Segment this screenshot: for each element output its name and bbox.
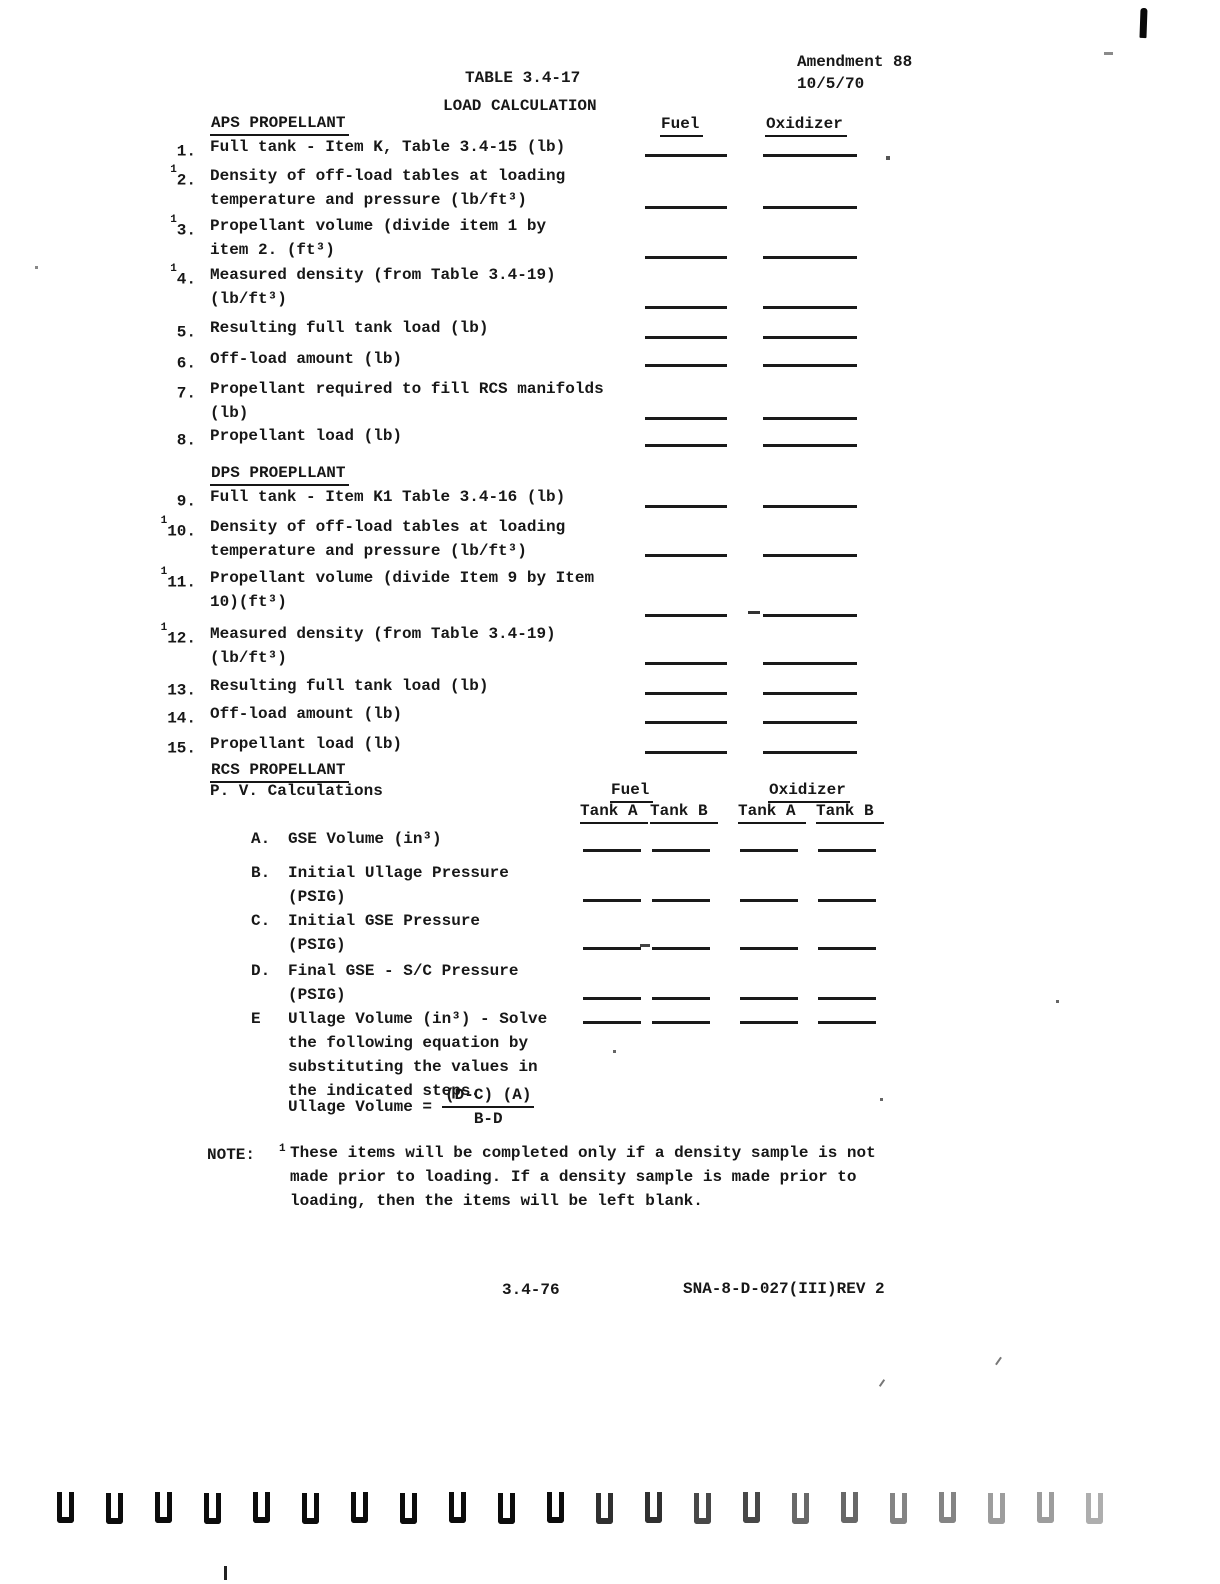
item-number: 1. — [118, 135, 196, 163]
item-label: Propellant required to fill RCS manifold… — [210, 377, 646, 425]
speck — [886, 156, 890, 160]
sprocket-mark — [1086, 1493, 1103, 1524]
fuel-blank-line — [645, 692, 727, 695]
sprocket-mark — [57, 1492, 74, 1523]
form-row-13: 13. Resulting full tank load (lb) — [0, 674, 1220, 675]
fuel-blank-line — [645, 206, 727, 209]
speck — [880, 1098, 883, 1101]
oxidizer-blank-line — [763, 751, 857, 754]
speck — [640, 944, 650, 947]
sprocket-mark — [351, 1492, 368, 1523]
column-header-fuel-text: Fuel — [660, 114, 703, 137]
item-label: Resulting full tank load (lb) — [210, 674, 646, 698]
form-row-5: 5. Resulting full tank load (lb) — [0, 316, 1220, 317]
item-label: Propellant volume (divide item 1 by item… — [210, 214, 646, 262]
rcs-item-label: Final GSE - S/C Pressure (PSIG) — [288, 959, 594, 1007]
oxidizer-blank-line — [763, 721, 857, 724]
rcs-row-d: D. Final GSE - S/C Pressure (PSIG) — [0, 959, 1220, 960]
rcs-heading: RCS PROPELLANT — [210, 760, 349, 783]
rcs-col-oxidizer: Oxidizer — [768, 780, 850, 803]
item-number-text: 5. — [177, 323, 196, 341]
rcs-item-letter: E — [251, 1007, 261, 1031]
form-row-15: 15. Propellant load (lb) — [0, 732, 1220, 733]
speck — [613, 1050, 616, 1053]
footer-doc-number: SNA-8-D-027(III)REV 2 — [683, 1279, 885, 1299]
oxidizer-blank-line — [763, 444, 857, 447]
fuel-blank-line — [645, 614, 727, 617]
item-label: Measured density (from Table 3.4-19) (lb… — [210, 263, 646, 311]
fuel-blank-line — [645, 417, 727, 420]
footer-page-number: 3.4-76 — [502, 1280, 560, 1300]
note-text: These items will be completed only if a … — [290, 1141, 910, 1213]
sprocket-mark — [890, 1493, 907, 1524]
item-label: Full tank - Item K1 Table 3.4-16 (lb) — [210, 485, 646, 509]
corner-artifact — [1139, 8, 1147, 38]
item-label: Propellant load (lb) — [210, 732, 646, 756]
rcs-row-b: B. Initial Ullage Pressure (PSIG) — [0, 861, 1220, 862]
fuel-tank-b-blank-line — [652, 849, 710, 852]
item-number: 14. — [118, 702, 196, 730]
oxidizer-blank-line — [763, 417, 857, 420]
column-header-oxidizer: Oxidizer — [765, 114, 847, 137]
oxidizer-tank-a-blank-line — [740, 947, 798, 950]
tank-b-header-text: Tank B — [816, 801, 884, 824]
rcs-col-oxidizer-text: Oxidizer — [768, 780, 850, 803]
item-number-text: 3. — [177, 221, 196, 239]
sprocket-mark — [645, 1492, 662, 1523]
oxidizer-tank-a-header: Tank A — [738, 801, 806, 824]
header-amendment: Amendment 88 — [797, 52, 912, 72]
fuel-blank-line — [645, 662, 727, 665]
item-number-text: 8. — [177, 431, 196, 449]
form-row-9: 9. Full tank - Item K1 Table 3.4-16 (lb) — [0, 485, 1220, 486]
speck — [1104, 52, 1113, 55]
item-number: 13. — [118, 674, 196, 702]
rcs-col-fuel-text: Fuel — [610, 780, 653, 803]
item-number: 6. — [118, 347, 196, 375]
column-header-fuel: Fuel — [660, 114, 703, 137]
formula-denominator: B-D — [474, 1108, 503, 1128]
oxidizer-blank-line — [763, 505, 857, 508]
item-number: 110. — [118, 515, 196, 543]
fuel-blank-line — [645, 364, 727, 367]
aps-heading-text: APS PROPELLANT — [210, 113, 349, 136]
form-row-8: 8. Propellant load (lb) — [0, 424, 1220, 425]
tank-b-header-text: Tank B — [650, 801, 718, 824]
item-number: 112. — [118, 622, 196, 650]
form-row-1: 1. Full tank - Item K, Table 3.4-15 (lb) — [0, 135, 1220, 136]
oxidizer-tank-b-blank-line — [818, 849, 876, 852]
item-number: 15. — [118, 732, 196, 760]
fuel-tank-b-blank-line — [652, 899, 710, 902]
oxidizer-blank-line — [763, 364, 857, 367]
sprocket-mark — [204, 1493, 221, 1524]
footnote-marker: 1 — [161, 566, 168, 578]
sprocket-mark — [1037, 1492, 1054, 1523]
item-number: 9. — [118, 485, 196, 513]
footnote-marker: 1 — [170, 214, 177, 226]
rcs-row-e: E Ullage Volume (in³) - Solve the follow… — [0, 1007, 1220, 1008]
tank-a-header-text: Tank A — [580, 801, 648, 824]
fuel-blank-line — [645, 154, 727, 157]
sprocket-mark — [988, 1493, 1005, 1524]
formula-prefix: Ullage Volume = — [288, 1098, 432, 1116]
formula-numerator: (D-C) (A) — [442, 1086, 534, 1108]
fuel-blank-line — [645, 751, 727, 754]
speck — [224, 1566, 227, 1580]
rcs-item-letter: C. — [251, 909, 270, 933]
oxidizer-blank-line — [763, 662, 857, 665]
dps-heading: DPS PROEPLLANT — [210, 463, 349, 486]
rcs-heading-text: RCS PROPELLANT — [210, 760, 349, 783]
oxidizer-tank-b-blank-line — [818, 997, 876, 1000]
rcs-item-letter: A. — [251, 827, 270, 851]
oxidizer-blank-line — [763, 692, 857, 695]
item-number-text: 6. — [177, 354, 196, 372]
footnote-marker: 1 — [170, 164, 177, 176]
fuel-tank-b-blank-line — [652, 947, 710, 950]
speck — [748, 611, 760, 614]
item-label: Density of off-load tables at loading te… — [210, 164, 646, 212]
sprocket-mark — [596, 1493, 613, 1524]
item-label: Full tank - Item K, Table 3.4-15 (lb) — [210, 135, 646, 159]
item-number-text: 4. — [177, 270, 196, 288]
sprocket-mark — [302, 1493, 319, 1524]
ullage-volume-formula: Ullage Volume = (D-C) (A) B-D — [288, 1086, 534, 1128]
rcs-subheading: P. V. Calculations — [210, 781, 383, 801]
item-number-text: 7. — [177, 384, 196, 402]
footnote-marker: 1 — [161, 515, 168, 527]
rcs-item-label: GSE Volume (in³) — [288, 827, 594, 851]
sprocket-mark — [694, 1493, 711, 1524]
fuel-tank-a-blank-line — [583, 849, 641, 852]
fuel-blank-line — [645, 336, 727, 339]
fuel-blank-line — [645, 505, 727, 508]
oxidizer-tank-a-blank-line — [740, 899, 798, 902]
item-number-text: 2. — [177, 171, 196, 189]
oxidizer-blank-line — [763, 336, 857, 339]
oxidizer-tank-b-header: Tank B — [816, 801, 884, 824]
item-number-text: 15. — [167, 739, 196, 757]
fuel-tank-a-blank-line — [583, 899, 641, 902]
sprocket-mark — [155, 1492, 172, 1523]
fuel-blank-line — [645, 256, 727, 259]
item-label: Measured density (from Table 3.4-19) (lb… — [210, 622, 646, 670]
form-row-11: 111. Propellant volume (divide Item 9 by… — [0, 566, 1220, 567]
item-number-text: 14. — [167, 709, 196, 727]
sprocket-mark — [498, 1493, 515, 1524]
item-label: Off-load amount (lb) — [210, 702, 646, 726]
note-label: NOTE: — [207, 1145, 255, 1165]
rcs-item-label: Initial GSE Pressure (PSIG) — [288, 909, 594, 957]
speck — [879, 1379, 885, 1387]
oxidizer-blank-line — [763, 614, 857, 617]
fuel-tank-a-blank-line — [583, 1021, 641, 1024]
oxidizer-blank-line — [763, 554, 857, 557]
sprocket-mark — [743, 1492, 760, 1523]
sprocket-mark — [106, 1493, 123, 1524]
rcs-row-a: A. GSE Volume (in³) — [0, 827, 1220, 828]
form-row-7: 7. Propellant required to fill RCS manif… — [0, 377, 1220, 378]
fuel-tank-a-blank-line — [583, 947, 641, 950]
rcs-item-letter: B. — [251, 861, 270, 885]
speck — [1056, 1000, 1059, 1003]
item-number-text: 13. — [167, 681, 196, 699]
oxidizer-blank-line — [763, 256, 857, 259]
item-number-text: 1. — [177, 142, 196, 160]
formula-fraction: (D-C) (A) B-D — [442, 1086, 534, 1128]
item-number: 13. — [118, 214, 196, 242]
footnote-marker: 1 — [170, 263, 177, 275]
speck — [995, 1357, 1002, 1366]
form-row-4: 14. Measured density (from Table 3.4-19)… — [0, 263, 1220, 264]
fuel-tank-b-blank-line — [652, 1021, 710, 1024]
oxidizer-blank-line — [763, 306, 857, 309]
fuel-blank-line — [645, 306, 727, 309]
fuel-tank-b-header: Tank B — [650, 801, 718, 824]
oxidizer-tank-b-blank-line — [818, 1021, 876, 1024]
form-row-6: 6. Off-load amount (lb) — [0, 347, 1220, 348]
sprocket-mark — [449, 1492, 466, 1523]
item-number-text: 11. — [167, 573, 196, 591]
item-number-text: 12. — [167, 629, 196, 647]
dps-heading-text: DPS PROEPLLANT — [210, 463, 349, 486]
sprocket-mark — [841, 1492, 858, 1523]
oxidizer-blank-line — [763, 154, 857, 157]
item-label: Off-load amount (lb) — [210, 347, 646, 371]
sprocket-mark — [253, 1492, 270, 1523]
rcs-col-fuel: Fuel — [610, 780, 653, 803]
fuel-tank-b-blank-line — [652, 997, 710, 1000]
form-row-2: 12. Density of off-load tables at loadin… — [0, 164, 1220, 165]
rcs-row-c: C. Initial GSE Pressure (PSIG) — [0, 909, 1220, 910]
item-number: 12. — [118, 164, 196, 192]
item-label: Propellant load (lb) — [210, 424, 646, 448]
oxidizer-tank-a-blank-line — [740, 1021, 798, 1024]
speck — [35, 266, 38, 269]
table-subtitle: LOAD CALCULATION — [443, 96, 597, 116]
item-number: 14. — [118, 263, 196, 291]
item-label: Resulting full tank load (lb) — [210, 316, 646, 340]
form-row-10: 110. Density of off-load tables at loadi… — [0, 515, 1220, 516]
sprocket-mark — [939, 1492, 956, 1523]
form-row-12: 112. Measured density (from Table 3.4-19… — [0, 622, 1220, 623]
column-header-oxidizer-text: Oxidizer — [765, 114, 847, 137]
oxidizer-tank-a-blank-line — [740, 849, 798, 852]
oxidizer-blank-line — [763, 206, 857, 209]
sprocket-mark — [792, 1493, 809, 1524]
sprocket-mark — [400, 1493, 417, 1524]
fuel-blank-line — [645, 721, 727, 724]
aps-heading: APS PROPELLANT — [210, 113, 349, 136]
fuel-blank-line — [645, 554, 727, 557]
rcs-item-letter: D. — [251, 959, 270, 983]
scanned-document-page: { "header": { "amendment": "Amendment 88… — [0, 0, 1220, 1584]
item-number-text: 10. — [167, 522, 196, 540]
header-date: 10/5/70 — [797, 74, 864, 94]
oxidizer-tank-a-blank-line — [740, 997, 798, 1000]
oxidizer-tank-b-blank-line — [818, 947, 876, 950]
item-number: 8. — [118, 424, 196, 452]
rcs-item-label: Initial Ullage Pressure (PSIG) — [288, 861, 594, 909]
fuel-blank-line — [645, 444, 727, 447]
item-number: 7. — [118, 377, 196, 405]
tank-a-header-text: Tank A — [738, 801, 806, 824]
item-number-text: 9. — [177, 492, 196, 510]
table-title: TABLE 3.4-17 — [465, 68, 580, 88]
footnote-marker: 1 — [161, 622, 168, 634]
item-number: 111. — [118, 566, 196, 594]
form-row-3: 13. Propellant volume (divide item 1 by … — [0, 214, 1220, 215]
sprocket-mark — [547, 1492, 564, 1523]
item-label: Propellant volume (divide Item 9 by Item… — [210, 566, 646, 614]
sprocket-marks-row — [57, 1492, 1103, 1524]
form-row-14: 14. Off-load amount (lb) — [0, 702, 1220, 703]
fuel-tank-a-header: Tank A — [580, 801, 648, 824]
fuel-tank-a-blank-line — [583, 997, 641, 1000]
item-number: 5. — [118, 316, 196, 344]
oxidizer-tank-b-blank-line — [818, 899, 876, 902]
item-label: Density of off-load tables at loading te… — [210, 515, 646, 563]
